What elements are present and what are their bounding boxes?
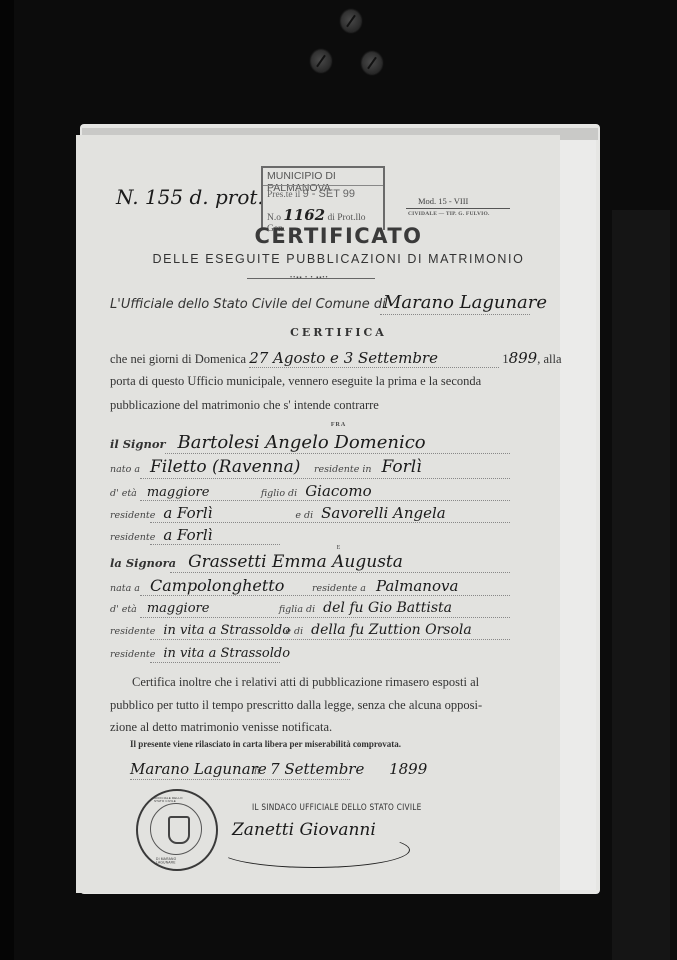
signatory-title: IL SINDACO UFFICIALE DELLO STATO CIVILE — [252, 803, 422, 813]
bride-mother-residence-value: in vita a Strassoldo — [163, 646, 290, 661]
stamp-presented-date: 9 - SET 99 — [303, 188, 355, 200]
stamp-number-label: N.o — [267, 213, 281, 223]
stamp-number-value: 1162 — [283, 206, 325, 224]
bride-age-line — [140, 617, 510, 618]
groom-father-residence-label: residente — [110, 510, 155, 521]
screw-icon — [341, 10, 361, 32]
bride-father-residence-value: in vita a Strassoldo — [163, 623, 281, 638]
closing-line-3: zione al detto matrimonio venisse notifi… — [110, 720, 332, 735]
place-date-line — [130, 779, 350, 780]
publication-line-1: che nei giorni di Domenica 27 Agosto e 3… — [110, 349, 562, 368]
bride-birth-row: nata a Campolonghetto residente a Palman… — [110, 576, 458, 596]
bride-mother-residence-row: residente in vita a Strassoldo — [110, 644, 290, 662]
comune-field-line — [380, 314, 530, 315]
civil-registry-seal: UFFICIALE DELLO STATO CIVILE DI MARANO L… — [136, 789, 218, 871]
comune-value: Marano Lagunare — [383, 292, 547, 313]
groom-mother-residence-row: residente a Forlì — [110, 526, 212, 545]
stamp-presented-line: Pres.te il 9 - SET 99 — [267, 188, 355, 200]
bride-mother-value: della fu Zuttion Orsola — [311, 622, 472, 638]
bride-born-value: Campolonghetto — [150, 576, 308, 595]
groom-name-row: il Signor Bartolesi Angelo Domenico — [110, 432, 426, 453]
certifica-heading: CERTIFICA — [0, 326, 677, 339]
screw-icon — [311, 50, 331, 72]
ornament: ••▪▪ • • ▪▪•• — [290, 275, 329, 281]
closing-line-2: pubblico per tutto il tempo prescritto d… — [110, 698, 482, 713]
place-value: Marano Lagunare — [130, 760, 250, 778]
groom-age-label: d' età — [110, 488, 137, 499]
form-code: Mod. 15 - VIII — [418, 196, 468, 206]
savoy-crest-icon — [168, 816, 190, 844]
bride-parents-line — [150, 639, 510, 640]
year-value: 1899 — [389, 760, 427, 778]
publication-suffix: , alla — [537, 352, 561, 366]
groom-born-value: Filetto (Ravenna) — [150, 457, 310, 477]
bride-name: Grassetti Emma Augusta — [188, 552, 403, 572]
fra-separator: FRA — [0, 422, 677, 428]
bride-name-row: la Signora Grassetti Emma Augusta — [110, 552, 403, 572]
bride-age-value: maggiore — [147, 601, 275, 616]
closing-line-1: Certifica inoltre che i relativi atti di… — [132, 675, 479, 690]
certificate-subtitle: DELLE ESEGUITE PUBBLICAZIONI DI MATRIMON… — [0, 252, 677, 266]
stamp-presented-label: Pres.te il — [267, 190, 300, 200]
bride-daughter-of-label: figlia di — [279, 604, 315, 615]
groom-age-value: maggiore — [147, 485, 257, 500]
groom-father-residence-value: a Forlì — [163, 504, 291, 522]
printer-imprint: CIVIDALE — TIP. G. FULVIO. — [408, 211, 490, 217]
signature-flourish — [218, 832, 410, 868]
scanner-bed-right-strip — [612, 210, 670, 960]
seal-top-text: UFFICIALE DELLO STATO CIVILE — [154, 797, 188, 804]
groom-mother-residence-label: residente — [110, 532, 155, 543]
publication-line-2: porta di questo Ufficio municipale, venn… — [110, 374, 481, 389]
bride-father-residence-label: residente — [110, 626, 155, 637]
groom-father-residence-row: residente a Forlì e di Savorelli Angela — [110, 504, 446, 523]
groom-born-label: nato a — [110, 464, 140, 475]
groom-birth-line — [140, 478, 510, 479]
groom-age-line — [140, 500, 510, 501]
protocol-number-handwritten: N. 155 d. prot. — [116, 185, 264, 209]
bride-age-label: d' età — [110, 604, 137, 615]
groom-mother-label: e di — [295, 510, 313, 521]
groom-residence-value: Forlì — [382, 457, 422, 477]
bride-born-label: nata a — [110, 583, 140, 594]
issuance-note: Il presente viene rilasciato in carta li… — [130, 739, 401, 749]
bride-father-value: del fu Gio Battista — [323, 600, 452, 616]
publication-year: 899 — [509, 349, 538, 367]
groom-parents-line — [150, 522, 510, 523]
groom-birth-row: nato a Filetto (Ravenna) residente in Fo… — [110, 457, 422, 477]
publication-line-3: pubblicazione del matrimonio che s' inte… — [110, 398, 379, 413]
place-date-row: Marano Lagunare li 7 Settembre 1899 — [130, 760, 427, 779]
bride-father-residence-row: residente in vita a Strassoldo e di dell… — [110, 621, 472, 639]
publication-dates: 27 Agosto e 3 Settembre — [249, 349, 499, 368]
groom-father-value: Giacomo — [305, 482, 371, 500]
officer-label: L'Ufficiale dello Stato Civile del Comun… — [110, 297, 386, 312]
groom-age-row: d' età maggiore figlio di Giacomo — [110, 482, 372, 501]
scanner-bed-left-strip — [0, 0, 14, 960]
bride-birth-line — [140, 595, 510, 596]
bride-label: la Signora — [110, 556, 176, 570]
screw-icon — [362, 52, 382, 74]
stamp-divider — [263, 185, 383, 186]
bride-mother-residence-line — [150, 662, 280, 663]
seal-bottom-text: DI MARANO LAGUNARE — [156, 857, 192, 864]
e-separator: E — [0, 545, 677, 551]
groom-residence-label: residente in — [314, 464, 372, 475]
groom-mother-value: Savorelli Angela — [321, 504, 446, 522]
bride-residence-label: residente a — [312, 583, 366, 594]
bride-mother-residence-label: residente — [110, 649, 155, 660]
li-label: li — [254, 766, 260, 777]
bride-mother-label: e di — [285, 626, 303, 637]
groom-name: Bartolesi Angelo Domenico — [178, 432, 426, 453]
date-value: 7 Settembre — [270, 760, 385, 778]
seal-inner-ring — [150, 803, 202, 855]
bride-residence-value: Palmanova — [376, 577, 458, 595]
bride-name-line — [170, 572, 510, 573]
groom-label: il Signor — [110, 437, 166, 451]
publication-prefix: che nei giorni di Domenica — [110, 352, 246, 366]
form-code-rule — [406, 208, 510, 209]
bride-age-row: d' età maggiore figlia di del fu Gio Bat… — [110, 599, 452, 617]
registry-stamp: MUNICIPIO DI PALMANOVA Pres.te il 9 - SE… — [261, 166, 385, 230]
certificate-title: CERTIFICATO — [0, 224, 677, 248]
groom-name-line — [165, 453, 510, 454]
groom-son-of-label: figlio di — [261, 488, 297, 499]
groom-mother-residence-value: a Forlì — [163, 526, 212, 544]
